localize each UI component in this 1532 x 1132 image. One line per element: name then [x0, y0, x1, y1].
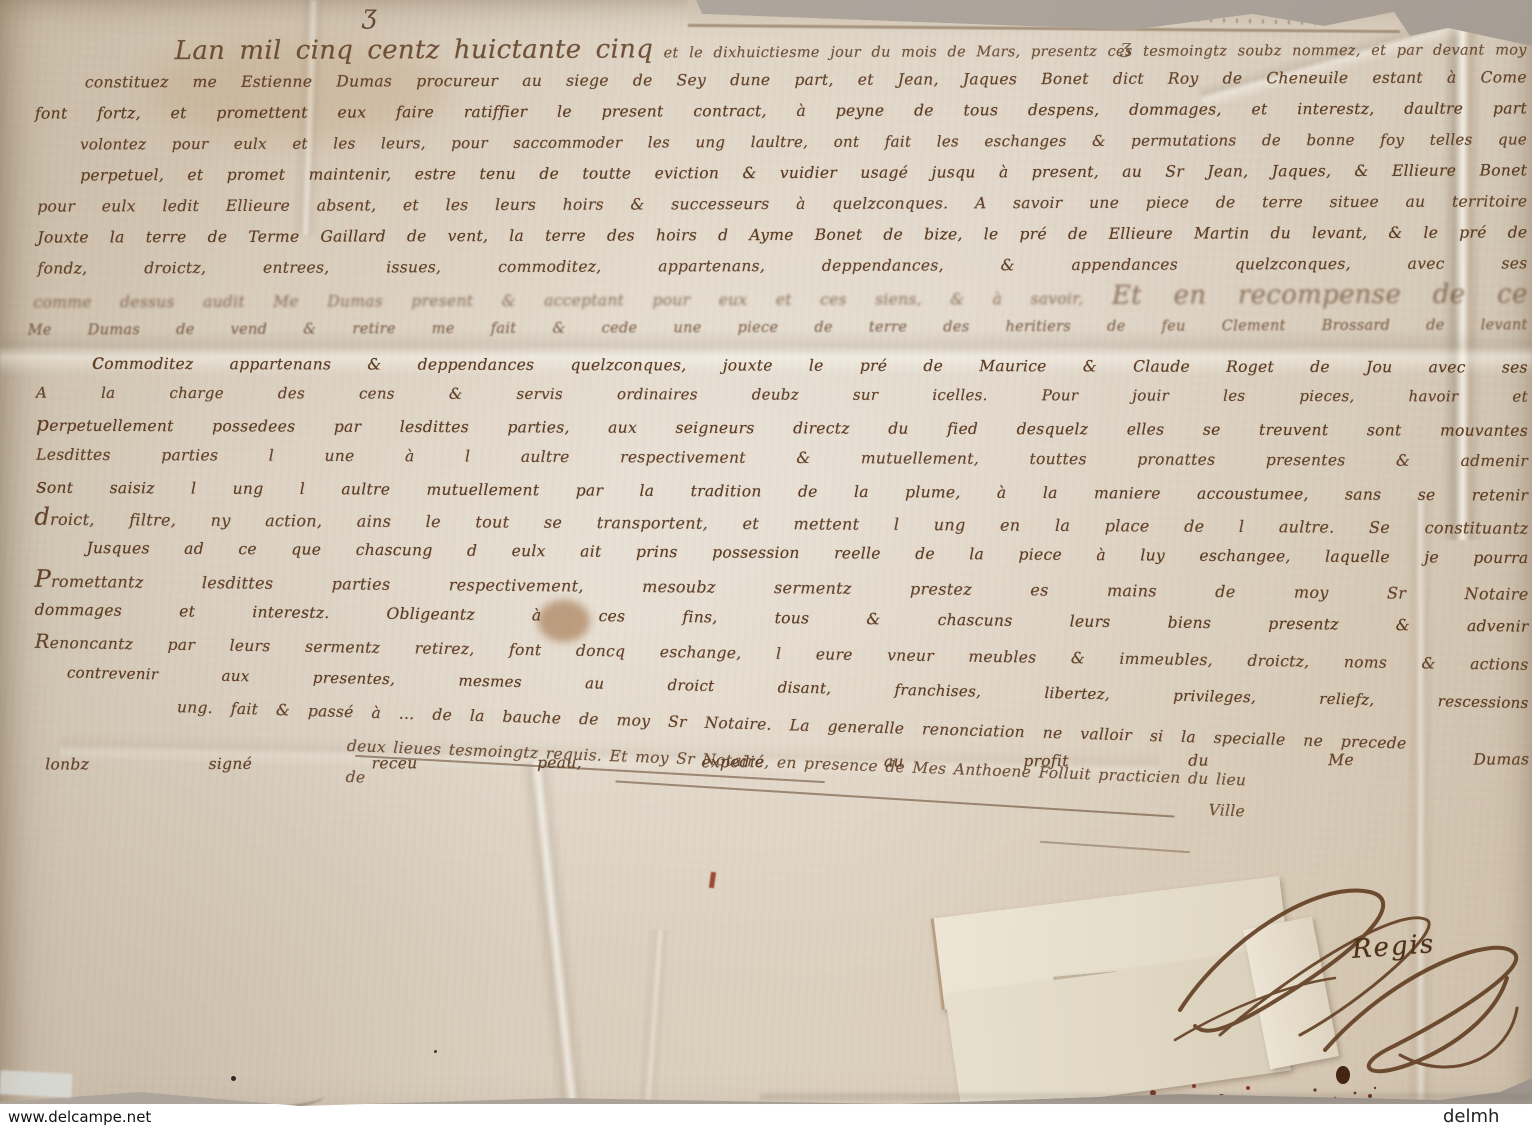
manuscript-line: perpetuellement possedees par lesdittes … — [26, 409, 1528, 445]
fold-crease-bottom-2 — [635, 929, 671, 1125]
parchment-document: ʒ ʒ Lan mil cinq centz huictante cinq et… — [0, 0, 1532, 1132]
watermark-strip — [0, 1104, 1532, 1132]
line-text: comme dessus audit Me Dumas present & ac… — [34, 290, 1084, 312]
manuscript-line: commoditez appartenans & deppendances qu… — [26, 347, 1528, 382]
line-text: et le dixhuictiesme jour du mois de Mars… — [664, 42, 1527, 61]
line-text: fondz, droictz, entrees, issues, commodi… — [37, 254, 1527, 277]
line-text: volontez pour eulx et les leurs, pour sa… — [80, 130, 1527, 153]
ink-speck — [434, 1050, 437, 1053]
line-emphasis: Et en recompense de ce — [1112, 279, 1528, 310]
manuscript-line: A la charge des cens & servis ordinaires… — [26, 378, 1528, 413]
line-text: perpetuel, et promet maintenir, estre te… — [80, 161, 1527, 184]
signature-flourish — [1165, 850, 1532, 1102]
manuscript-line: Lan mil cinq centz huictante cinq et le … — [25, 31, 1527, 67]
line-text: commoditez appartenans & deppendances qu… — [92, 355, 1528, 377]
line-text: pour eulx ledit Ellieure absent, et les … — [37, 192, 1527, 215]
line-emphasis: Lan mil cinq centz huictante cinq — [175, 34, 653, 66]
line-text: Lesdittes parties l une à l aultre respe… — [36, 446, 1528, 471]
ink-squiggle: ʒ — [362, 0, 377, 30]
line-text: Me Dumas de vend & retire me fait & cede… — [28, 317, 1528, 338]
signature-name: Regis — [1351, 929, 1436, 965]
pen-trial-marks — [898, 10, 1328, 25]
photo-of-manuscript: ʒ ʒ Lan mil cinq centz huictante cinq et… — [0, 0, 1532, 1132]
red-ink-mark — [709, 872, 716, 889]
fold-crease-bottom — [519, 759, 591, 1131]
watermark-seller: delmh — [1443, 1106, 1499, 1127]
line-text: constituez me Estienne Dumas procureur a… — [85, 68, 1527, 91]
background-sliver — [0, 1070, 73, 1098]
notary-signature: Regis — [1165, 850, 1532, 1102]
line-text: Jouxte la terre de Terme Gaillard de ven… — [37, 223, 1527, 246]
line-text: font fortz, et promettent eux faire rati… — [35, 99, 1527, 122]
parchment-top-edge — [688, 0, 1400, 33]
line-text: A la charge des cens & servis ordinaires… — [36, 384, 1528, 406]
watermark-url: www.delcampe.net — [8, 1108, 151, 1126]
line-text: Jusques ad ce que chascung d eulx ait pr… — [86, 539, 1528, 567]
line-text: sont saisiz l ung l aultre mutuellement … — [36, 479, 1528, 505]
parchment-edge-shadow — [760, 1094, 1532, 1103]
manuscript-text: Lan mil cinq centz huictante cinq et le … — [25, 31, 1530, 780]
manuscript-line: Me Dumas de vend & retire me fait & cede… — [26, 310, 1528, 346]
line-text: perpetuellement possedees par lesdittes … — [36, 417, 1528, 440]
